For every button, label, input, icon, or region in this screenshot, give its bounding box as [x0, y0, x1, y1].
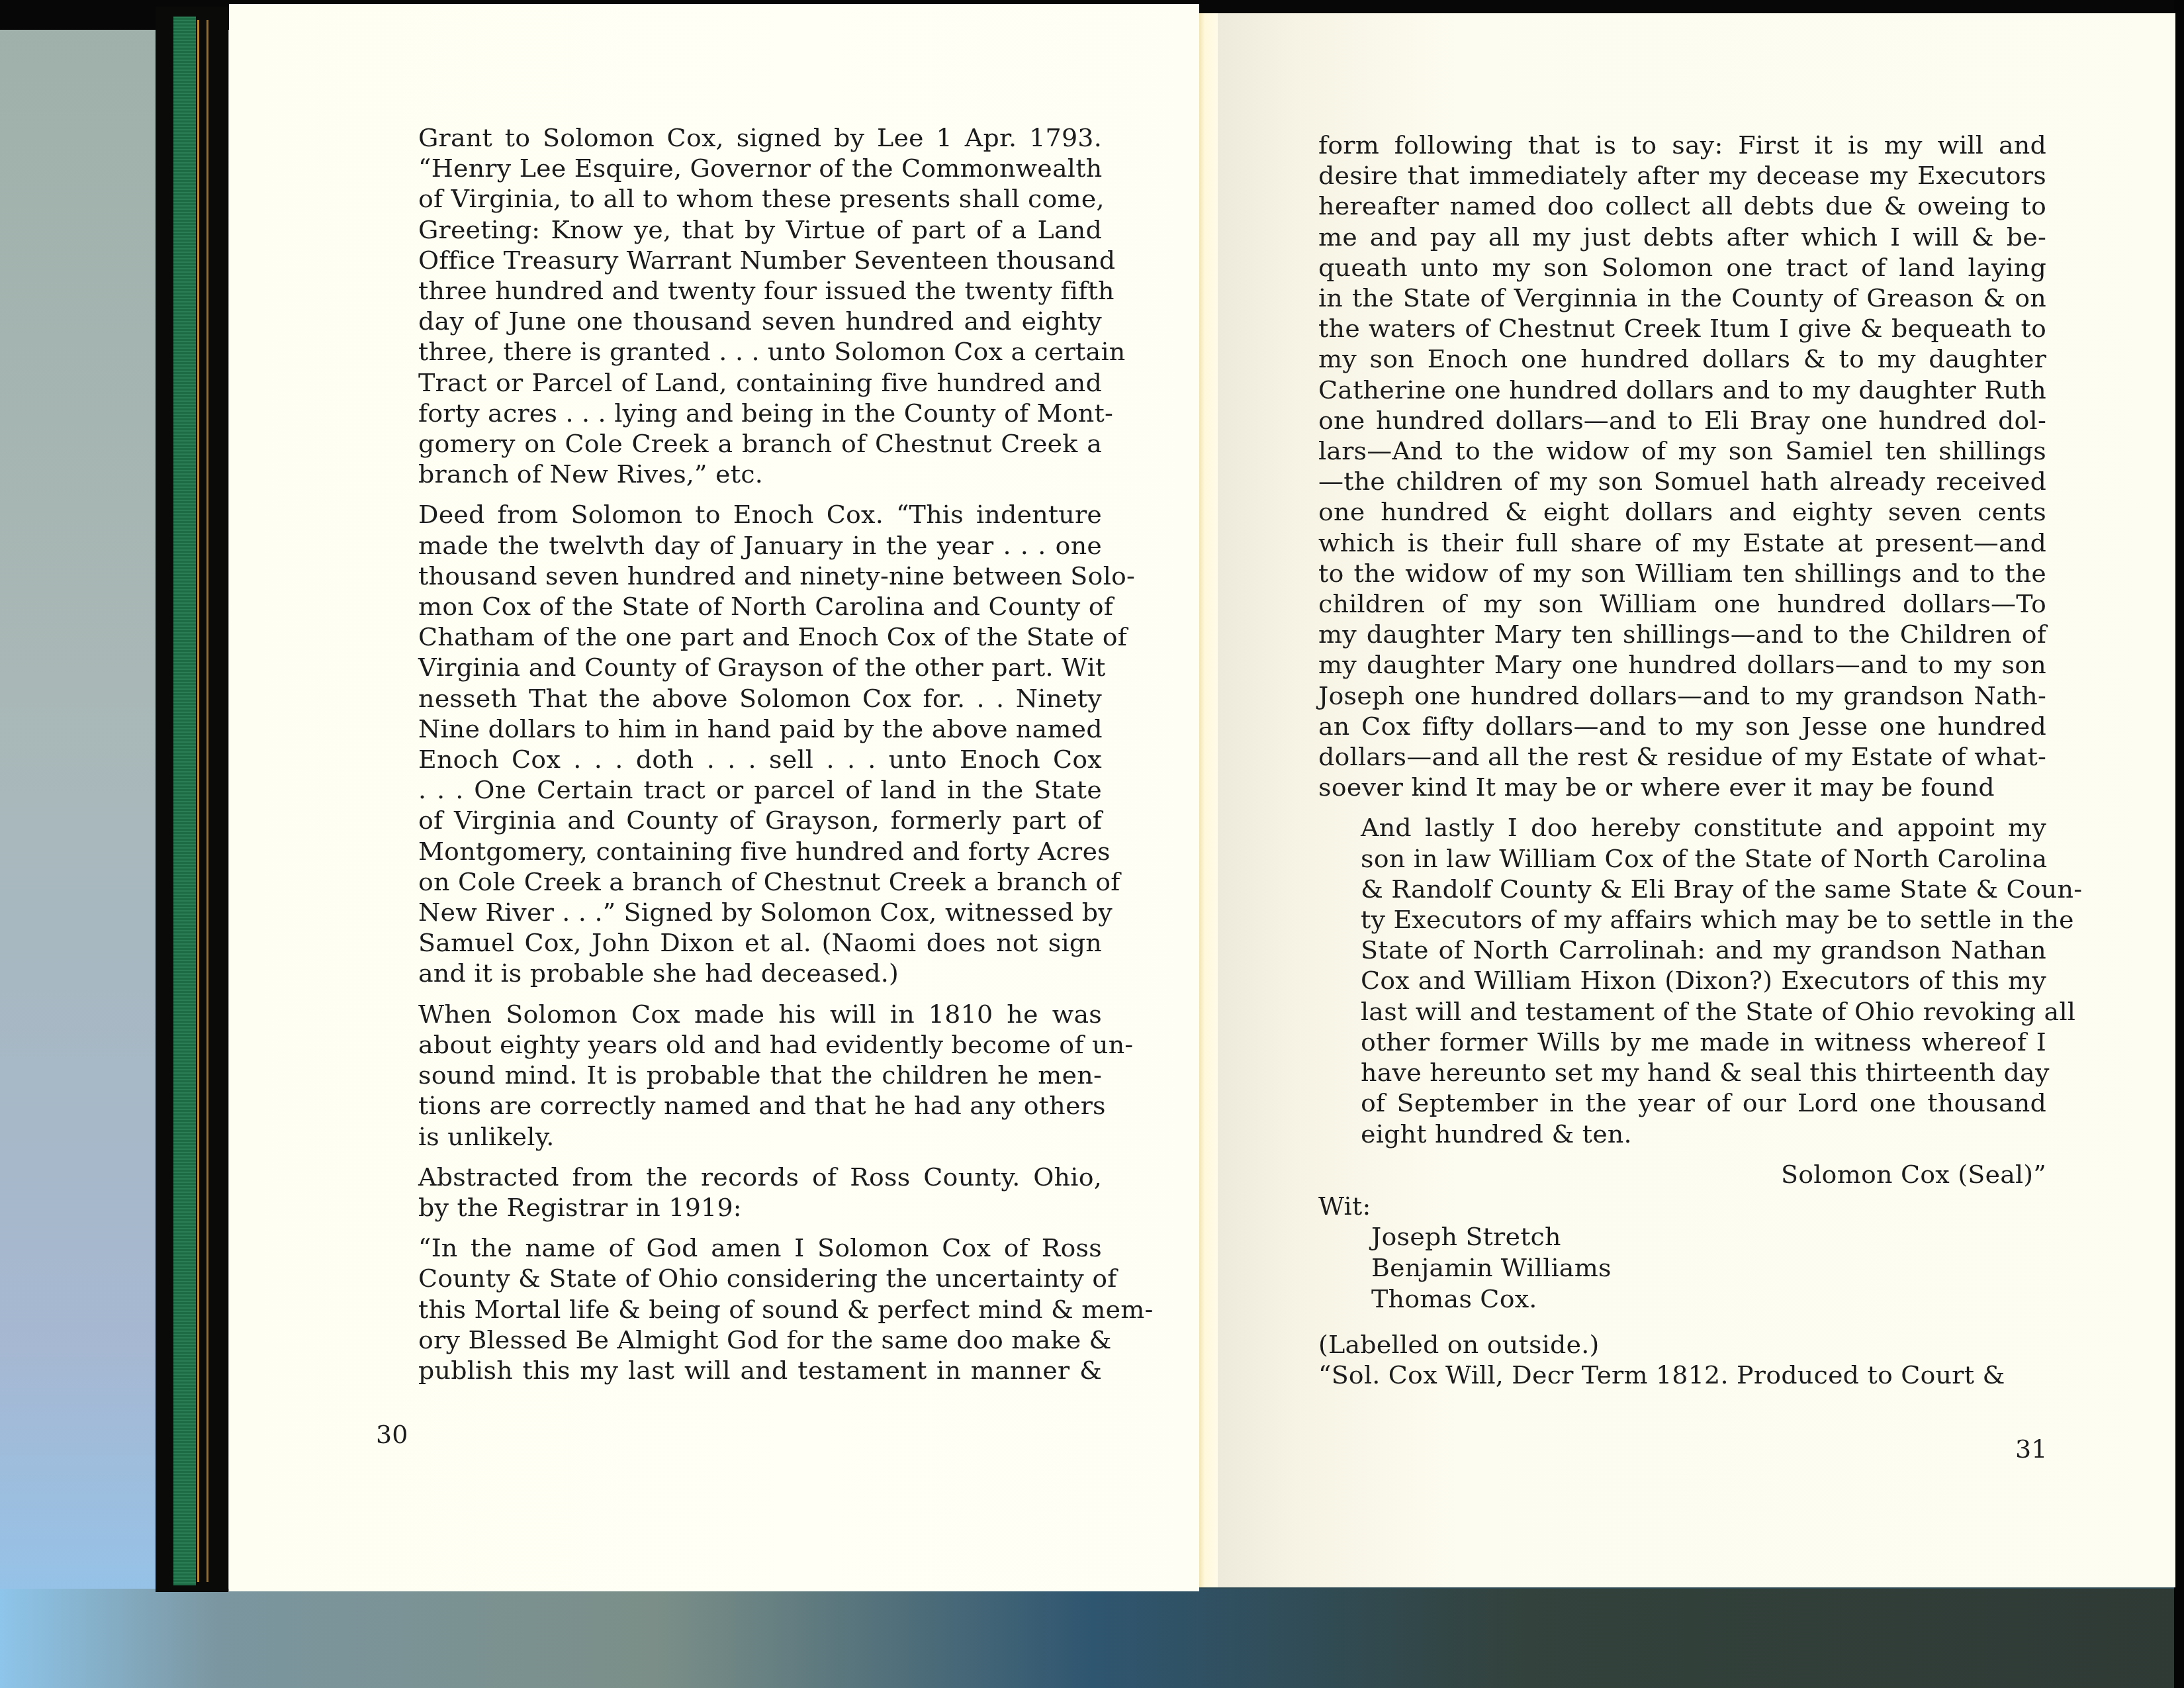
witness-name: Joseph Stretch — [1371, 1221, 2046, 1252]
text-line: Cox and William Hixon (Dixon?) Executors… — [1318, 965, 2046, 996]
text-line: of Virginia, to all to whom these presen… — [376, 183, 1102, 214]
text-line: the waters of Chestnut Creek Itum I give… — [1318, 313, 2046, 344]
text-line: nesseth That the above Solomon Cox for. … — [376, 683, 1102, 714]
text-line: last will and testament of the State of … — [1318, 996, 2046, 1027]
text-line: eight hundred & ten. — [1318, 1119, 2046, 1149]
paragraph-abstracted: Abstracted from the records of Ross Coun… — [376, 1162, 1102, 1223]
text-line: “Henry Lee Esquire, Governor of the Comm… — [376, 153, 1102, 183]
scan-background-bottom — [0, 1589, 2184, 1688]
text-line: County & State of Ohio considering the u… — [376, 1263, 1102, 1293]
text-line: desire that immediately after my decease… — [1318, 160, 2046, 191]
text-line: Tract or Parcel of Land, containing five… — [376, 367, 1102, 398]
text-line: my daughter Mary one hundred dollars—and… — [1318, 649, 2046, 680]
text-line: forty acres . . . lying and being in the… — [376, 398, 1102, 428]
text-line: form following that is to say: First it … — [1318, 130, 2046, 160]
text-line: an Cox fifty dollars—and to my son Jesse… — [1318, 711, 2046, 741]
paragraph-bequests: form following that is to say: First it … — [1318, 130, 2046, 802]
text-line: tions are correctly named and that he ha… — [376, 1090, 1102, 1121]
right-page-text: form following that is to say: First it … — [1318, 130, 2046, 1391]
paragraph-grant: Grant to Solomon Cox, signed by Lee 1 Ap… — [376, 122, 1102, 489]
text-line: Greeting: Know ye, that by Virtue of par… — [376, 214, 1102, 245]
page-number-right: 31 — [2015, 1434, 2047, 1464]
book-spine-green-cloth — [173, 17, 196, 1585]
text-line: mon Cox of the State of North Carolina a… — [376, 591, 1102, 622]
text-line: one hundred dollars—and to Eli Bray one … — [1318, 405, 2046, 436]
signature-line: Solomon Cox (Seal)” — [1318, 1159, 2046, 1190]
text-line: queath unto my son Solomon one tract of … — [1318, 252, 2046, 283]
text-line: Samuel Cox, John Dixon et al. (Naomi doe… — [376, 927, 1102, 958]
text-line: one hundred & eight dollars and eighty s… — [1318, 496, 2046, 527]
text-line: New River . . .” Signed by Solomon Cox, … — [376, 897, 1102, 927]
book-gutter — [1199, 13, 1218, 1587]
text-line: Deed from Solomon to Enoch Cox. “This in… — [376, 499, 1102, 530]
text-line: this Mortal life & being of sound & perf… — [376, 1294, 1102, 1325]
text-line: Office Treasury Warrant Number Seventeen… — [376, 245, 1102, 275]
text-line: Grant to Solomon Cox, signed by Lee 1 Ap… — [376, 122, 1102, 153]
scan-background-right-edge — [2174, 0, 2184, 1688]
text-line: other former Wills by me made in witness… — [1318, 1027, 2046, 1057]
text-line: me and pay all my just debts after which… — [1318, 222, 2046, 252]
text-line: State of North Carrolinah: and my grands… — [1318, 935, 2046, 965]
page-edge-gilt — [197, 20, 199, 1582]
text-line: by the Registrar in 1919: — [376, 1192, 1102, 1223]
page-edge-gilt — [206, 20, 208, 1582]
witness-list: Joseph Stretch Benjamin Williams Thomas … — [1371, 1221, 2046, 1315]
paragraph-will-opening: “In the name of God amen I Solomon Cox o… — [376, 1233, 1102, 1385]
text-line: gomery on Cole Creek a branch of Chestnu… — [376, 428, 1102, 459]
text-line: children of my son William one hundred d… — [1318, 588, 2046, 619]
closing-line: “Sol. Cox Will, Decr Term 1812. Produced… — [1318, 1360, 2046, 1390]
text-line: lars—And to the widow of my son Samiel t… — [1318, 436, 2046, 466]
text-line: Catherine one hundred dollars and to my … — [1318, 375, 2046, 405]
text-line: thousand seven hundred and ninety-nine b… — [376, 561, 1102, 591]
text-line: When Solomon Cox made his will in 1810 h… — [376, 999, 1102, 1029]
labelled-note: (Labelled on outside.) — [1318, 1329, 2046, 1360]
text-line: my son Enoch one hundred dollars & to my… — [1318, 344, 2046, 374]
text-line: hereafter named doo collect all debts du… — [1318, 191, 2046, 221]
text-line: son in law William Cox of the State of N… — [1318, 843, 2046, 874]
text-line: & Randolf County & Eli Bray of the same … — [1318, 874, 2046, 904]
text-line: dollars—and all the rest & residue of my… — [1318, 741, 2046, 772]
text-line: Enoch Cox . . . doth . . . sell . . . un… — [376, 744, 1102, 774]
text-line: Nine dollars to him in hand paid by the … — [376, 714, 1102, 744]
paragraph-executors: And lastly I doo hereby constitute and a… — [1318, 812, 2046, 1149]
text-line: is unlikely. — [376, 1121, 1102, 1152]
text-line: my daughter Mary ten shillings—and to th… — [1318, 619, 2046, 649]
text-line: . . . One Certain tract or parcel of lan… — [376, 774, 1102, 805]
text-line: sound mind. It is probable that the chil… — [376, 1060, 1102, 1090]
text-line: day of June one thousand seven hundred a… — [376, 306, 1102, 336]
paragraph-will-note: When Solomon Cox made his will in 1810 h… — [376, 999, 1102, 1152]
witness-label: Wit: — [1318, 1191, 2046, 1221]
text-line: to the widow of my son William ten shill… — [1318, 558, 2046, 588]
text-line: in the State of Verginnia in the County … — [1318, 283, 2046, 313]
text-line: ory Blessed Be Almight God for the same … — [376, 1325, 1102, 1355]
text-line: Joseph one hundred dollars—and to my gra… — [1318, 680, 2046, 711]
text-line: Montgomery, containing five hundred and … — [376, 836, 1102, 867]
text-line: soever kind It may be or where ever it m… — [1318, 772, 2046, 802]
text-line: “In the name of God amen I Solomon Cox o… — [376, 1233, 1102, 1263]
text-line: publish this my last will and testament … — [376, 1355, 1102, 1385]
text-line: —the children of my son Somuel hath alre… — [1318, 466, 2046, 496]
text-line: Virginia and County of Grayson of the ot… — [376, 652, 1102, 682]
text-line: three hundred and twenty four issued the… — [376, 275, 1102, 306]
text-line: branch of New Rives,” etc. — [376, 459, 1102, 489]
text-line: And lastly I doo hereby constitute and a… — [1318, 812, 2046, 843]
text-line: have hereunto set my hand & seal this th… — [1318, 1057, 2046, 1088]
text-line: and it is probable she had deceased.) — [376, 958, 1102, 988]
page-number-left: 30 — [376, 1420, 408, 1449]
witness-name: Benjamin Williams — [1371, 1252, 2046, 1284]
text-line: Chatham of the one part and Enoch Cox of… — [376, 622, 1102, 652]
text-line: on Cole Creek a branch of Chestnut Creek… — [376, 867, 1102, 897]
paragraph-deed: Deed from Solomon to Enoch Cox. “This in… — [376, 499, 1102, 988]
text-line: made the twelvth day of January in the y… — [376, 530, 1102, 561]
text-line: ty Executors of my affairs which may be … — [1318, 904, 2046, 935]
text-line: of September in the year of our Lord one… — [1318, 1088, 2046, 1118]
text-line: which is their full share of my Estate a… — [1318, 528, 2046, 558]
left-page-text: Grant to Solomon Cox, signed by Lee 1 Ap… — [376, 122, 1102, 1395]
witness-name: Thomas Cox. — [1371, 1284, 2046, 1315]
text-line: Abstracted from the records of Ross Coun… — [376, 1162, 1102, 1192]
text-line: about eighty years old and had evidently… — [376, 1029, 1102, 1060]
text-line: of Virginia and County of Grayson, forme… — [376, 805, 1102, 835]
text-line: three, there is granted . . . unto Solom… — [376, 336, 1102, 367]
